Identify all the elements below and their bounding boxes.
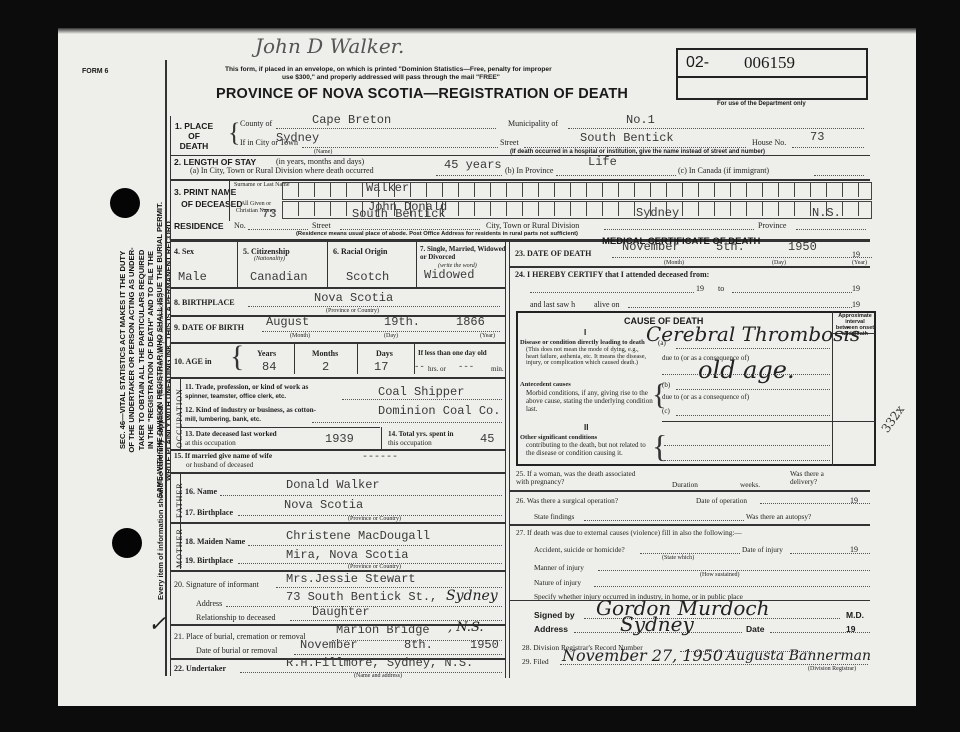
house-label: House No. [752, 138, 786, 147]
citizenship-label: 5. Citizenship [243, 247, 290, 256]
nature-label: Nature of injury [534, 578, 581, 587]
year-caption: (Year) [480, 333, 495, 339]
surname-label: Surname or Last Name [234, 182, 278, 189]
side-footer-text: Every item of information should be care… [156, 404, 165, 600]
undertaker-value[interactable]: R.H.Fillmore, Sydney, N.S. [286, 656, 473, 670]
mailing-notice-2: use $300," and properly addressed will p… [282, 74, 500, 81]
antecedent-label: Antecedent causes [520, 381, 571, 388]
industry-label: 12. Kind of industry or business, as cot… [185, 406, 316, 424]
signature-date-label: Date [746, 624, 764, 634]
year-prefix: 19 [850, 496, 858, 505]
autopsy-label: Was there an autopsy? [746, 512, 811, 521]
trade-label-line2: spinner, teamster, office clerk, etc. [185, 392, 308, 401]
registrar-signature[interactable]: Augusta Bannerman [726, 648, 871, 664]
age-months-value[interactable]: 2 [322, 360, 329, 374]
other-line-1 [664, 445, 830, 446]
residence-province-label: Province [758, 221, 786, 230]
dob-label: 9. DATE OF BIRTH [174, 323, 244, 332]
filed-label: 29. Filed [522, 657, 549, 666]
burial-date-line [294, 654, 502, 655]
cause-c-marker: (c) [662, 407, 670, 415]
divider [170, 449, 505, 451]
age-less-label: If less than one day old [418, 349, 487, 357]
last-worked-line1: 13. Date deceased last worked [185, 430, 277, 439]
racial-origin-label: 6. Racial Origin [333, 247, 387, 256]
trade-line [342, 399, 502, 400]
father-name-line [220, 495, 502, 496]
signature-address-label: Address [534, 624, 568, 634]
side-notice-line: IN THE "REGISTRATION OF DEATH" AND TO FI… [146, 100, 155, 600]
relationship-value[interactable]: Daughter [312, 605, 370, 619]
citizenship-value[interactable]: Canadian [250, 270, 308, 284]
death-month-value[interactable]: November [622, 240, 680, 254]
age-min-value[interactable]: --- [458, 362, 474, 372]
burial-date-year[interactable]: 1950 [470, 638, 499, 652]
stay-province-line [556, 175, 676, 176]
cause-a-value[interactable]: Cerebral Thrombosis [646, 322, 860, 346]
maiden-name-label: 18. Maiden Name [185, 537, 245, 546]
delivery-label: Was there a delivery? [790, 470, 850, 486]
last-worked-label: 13. Date deceased last worked at this oc… [185, 430, 277, 448]
street-label: Street [500, 138, 519, 147]
due-to-label-2: due to (or as a consequence of) [662, 393, 749, 401]
section-divider [170, 239, 870, 242]
father-birthplace-value[interactable]: Nova Scotia [284, 498, 363, 512]
findings-label: State findings [534, 512, 574, 521]
divider [416, 242, 417, 287]
age-hrs-label: hrs. or [428, 365, 446, 373]
residence-no-value[interactable]: 73 [262, 207, 276, 221]
county-label: County of [240, 119, 272, 128]
attended-to-line [732, 292, 852, 293]
trade-label: 11. Trade, profession, or kind of work a… [185, 383, 308, 401]
burial-date-month[interactable]: November [300, 638, 358, 652]
mother-birthplace-value[interactable]: Mira, Nova Scotia [286, 548, 408, 562]
informant-label: 20. Signature of informant [174, 580, 259, 589]
age-years-label: Years [257, 349, 276, 358]
city-value[interactable]: Sydney [276, 131, 319, 145]
informant-address-hand[interactable]: Sydney [446, 588, 498, 604]
stay-province-value[interactable]: Life [588, 155, 617, 169]
divider [510, 524, 870, 526]
residence-city-value[interactable]: Sydney [636, 206, 679, 220]
informant-address-typed[interactable]: 73 South Bentick St., [286, 590, 437, 604]
occupation-section-label: OCCUPATION [175, 388, 184, 448]
registrar-caption: (Division Registrar) [808, 666, 856, 672]
year-prefix: 19 [852, 284, 860, 293]
industry-label-line1: 12. Kind of industry or business, as cot… [185, 406, 316, 415]
mailing-notice-1: This form, if placed in an envelope, on … [225, 66, 552, 73]
state-which-caption: (State which) [662, 555, 694, 561]
father-name-label: 16. Name [185, 487, 217, 496]
residence-province-value[interactable]: N.S. [812, 206, 841, 220]
divider [180, 427, 380, 428]
street-value[interactable]: South Bentick [580, 131, 674, 145]
divider [510, 490, 870, 492]
md-label: M.D. [846, 610, 864, 620]
day-caption: (Day) [384, 333, 398, 339]
divider [170, 377, 505, 379]
burial-date-day[interactable]: 8th. [404, 638, 433, 652]
stay-city-line [436, 175, 502, 176]
length-of-stay-sub: (in years, months and days) [276, 157, 364, 166]
spouse-line2: or husband of deceased [174, 461, 272, 470]
side-notice-line: OF THE UNDERTAKER OR PERSON ACTING AS UN… [127, 100, 136, 600]
form-number: FORM 6 [82, 68, 108, 75]
operation-date-label: Date of operation [696, 496, 747, 505]
industry-label-line2: mill, lumbering, bank, etc. [185, 415, 316, 424]
mother-section-label: MOTHER [175, 528, 184, 568]
pregnancy-label-text: 25. If a woman, was the death associated… [516, 470, 646, 486]
sex-value[interactable]: Male [178, 270, 207, 284]
last-worked-value[interactable]: 1939 [325, 432, 354, 446]
divider [381, 427, 382, 449]
relationship-label: Relationship to deceased [196, 613, 276, 622]
industry-line [312, 422, 502, 423]
surname-value[interactable]: Walker [366, 181, 409, 195]
accident-line [640, 553, 740, 554]
total-years-label: 14. Total yrs. spent in this occupation [388, 430, 454, 448]
divider [357, 344, 358, 374]
dob-line [262, 331, 500, 332]
side-footer: Every item of information should be care… [156, 100, 165, 600]
burial-place-label: 21. Place of burial, cremation or remova… [174, 632, 306, 641]
manner-label: Manner of injury [534, 563, 584, 572]
to-label: to [718, 284, 724, 293]
divider [170, 315, 505, 317]
findings-line [584, 520, 744, 521]
spouse-label: 15. If married give name of wife or husb… [174, 452, 272, 470]
marital-value[interactable]: Widowed [424, 268, 474, 282]
department-note: For use of the Department only [717, 101, 806, 107]
alive-on-line [628, 307, 852, 308]
total-years-line2: this occupation [388, 439, 454, 448]
alive-on-label: alive on [594, 300, 620, 309]
other-conditions-note: contributing to the death, but not relat… [526, 442, 656, 457]
handwritten-name-top: John D Walker. [255, 34, 404, 58]
year-prefix: 19 [696, 284, 704, 293]
house-value[interactable]: 73 [810, 130, 824, 144]
father-section-label: FATHER [175, 482, 184, 518]
part-two-label: II [584, 423, 588, 432]
manner-line [598, 570, 870, 571]
pregnancy-label: 25. If a woman, was the death associated… [516, 470, 646, 486]
city-line [302, 147, 498, 148]
burial-place-hand[interactable]: , N.S. [448, 620, 484, 635]
residence-city-line [604, 229, 754, 230]
residence-province-line [796, 229, 866, 230]
stay-canada-label: (c) In Canada (if immigrant) [678, 166, 769, 175]
birthplace-label: 8. BIRTHPLACE [174, 298, 235, 307]
divider [170, 472, 505, 474]
informant-address-label: Address [196, 599, 222, 608]
house-line [792, 147, 864, 148]
registration-number: 006159 [744, 53, 795, 73]
age-months-label: Months [312, 349, 338, 358]
last-saw-label: and last saw h [530, 300, 575, 309]
stay-city-label: (a) In City, Town or Rural Division wher… [190, 166, 374, 175]
mother-birthplace-label: 19. Birthplace [185, 556, 233, 565]
total-years-line1: 14. Total yrs. spent in [388, 430, 454, 439]
municipality-label: Municipality of [508, 119, 558, 128]
undertaker-label: 22. Undertaker [174, 664, 226, 673]
residence-no-label: No. [234, 221, 246, 230]
center-divider [505, 242, 506, 678]
side-notice-line: TAKER TO OBTAIN ALL THE PARTICULARS REQU… [137, 100, 146, 600]
residence-no-line [248, 229, 308, 230]
year-prefix: 19 [852, 250, 860, 259]
cause-b-value[interactable]: old age. [698, 356, 795, 384]
residence-street-value[interactable]: South Bentick [352, 207, 446, 221]
industry-value[interactable]: Dominion Coal Co. [378, 404, 500, 418]
last-worked-line2: at this occupation [185, 439, 277, 448]
divider [327, 242, 328, 287]
year-prefix: 19 [850, 545, 858, 554]
side-footer-instructions: (See reverse side for instructions.) [156, 293, 165, 396]
dob-month-value[interactable]: August [266, 315, 309, 329]
other-line-2 [664, 460, 830, 461]
divider [170, 287, 505, 289]
age-years-value[interactable]: 84 [262, 360, 276, 374]
burial-date-label: Date of burial or removal [196, 646, 277, 655]
form-left-border-inner [170, 116, 171, 676]
divider [170, 342, 505, 344]
informant-value[interactable]: Mrs.Jessie Stewart [286, 572, 416, 586]
direct-cause-label: Disease or condition directly leading to… [520, 339, 645, 346]
cause-c-line [676, 415, 830, 416]
attended-from-line [530, 292, 694, 293]
birthplace-value[interactable]: Nova Scotia [314, 291, 393, 305]
dob-day-value[interactable]: 19th. [384, 315, 420, 329]
sex-label: 4. Sex [174, 247, 194, 256]
trade-label-line1: 11. Trade, profession, or kind of work a… [185, 383, 308, 392]
divider [229, 181, 230, 221]
signature-address-value[interactable]: Sydney [620, 612, 694, 636]
nature-line [594, 586, 870, 587]
divider [170, 155, 870, 156]
place-of-death-label: 1. PLACEOFDEATH [174, 121, 214, 151]
spouse-value[interactable]: ------ [362, 452, 398, 463]
weeks-label: weeks. [740, 480, 760, 489]
year-prefix: 19 [852, 300, 860, 309]
age-hrs-value[interactable]: -- [414, 362, 425, 372]
external-causes-label: 27. If death was due to external causes … [516, 528, 742, 537]
residence-label: RESIDENCE [174, 221, 224, 231]
divider [662, 421, 876, 422]
father-name-value[interactable]: Donald Walker [286, 478, 380, 492]
center-divider-inner [509, 242, 510, 678]
street-line [524, 147, 746, 148]
stay-city-value[interactable]: 45 years [444, 158, 502, 172]
age-min-label: min. [491, 365, 504, 373]
year-prefix: 19 [846, 624, 855, 634]
municipality-line [568, 128, 864, 129]
citizenship-sub: (Nationality) [254, 256, 285, 262]
death-date-label: 23. DATE OF DEATH [515, 249, 591, 258]
divider [510, 266, 870, 268]
certify-label: 24. I HEREBY CERTIFY that I attended dec… [515, 270, 709, 279]
form-title: PROVINCE OF NOVA SCOTIA—REGISTRATION OF … [216, 86, 628, 102]
municipality-value[interactable]: No.1 [626, 113, 655, 127]
cause-line [662, 374, 830, 375]
marital-label: 7. Single, Married, Widowed or Divorced [420, 245, 506, 261]
residence-street-label: Street [312, 221, 331, 230]
county-line [276, 128, 496, 129]
divider [170, 179, 870, 181]
brace-icon: { [230, 340, 244, 374]
burial-place-typed[interactable]: Marion Bridge [336, 623, 430, 637]
check-mark-icon: ✓ [148, 612, 166, 637]
signed-by-label: Signed by [534, 610, 575, 620]
antecedent-note: Morbid conditions, if any, giving rise t… [526, 389, 656, 413]
form-left-border [165, 60, 167, 676]
registration-prefix: 02- [686, 54, 709, 72]
age-days-label: Days [376, 349, 393, 358]
divider [294, 344, 295, 374]
side-notice-line: SEC. 46—VITAL STATISTICS ACT MAKES IT TH… [118, 100, 127, 600]
birthplace-caption: (Province or Country) [326, 308, 379, 314]
brace-icon: { [228, 118, 240, 148]
cause-b-marker: (b) [662, 381, 670, 389]
divider [237, 242, 238, 287]
injury-date-label: Date of injury [742, 545, 783, 554]
trade-value[interactable]: Coal Shipper [378, 385, 464, 399]
cause-a-line [676, 348, 830, 349]
other-conditions-label: Other significant conditions [520, 434, 597, 441]
undertaker-caption: (Name and address) [354, 673, 402, 679]
divider [170, 522, 505, 524]
residence-street-line [340, 229, 480, 230]
registration-box: 02- 006159 [676, 48, 868, 100]
dob-year-value[interactable]: 1866 [456, 315, 485, 329]
stay-province-label: (b) In Province [505, 166, 553, 175]
county-value[interactable]: Cape Breton [312, 113, 391, 127]
injury-date-line [790, 553, 870, 554]
cause-b-line [676, 389, 830, 390]
residence-note: (Residence means usual place of abode. P… [296, 231, 578, 237]
how-sustained-caption: (How sustained) [700, 572, 740, 578]
father-birthplace-label: 17. Birthplace [185, 508, 233, 517]
duration-label: Duration [672, 480, 698, 489]
death-year-value[interactable]: 1950 [788, 240, 817, 254]
residence-city-label: City, Town or Rural Division [486, 221, 579, 230]
total-years-value[interactable]: 45 [480, 432, 494, 446]
scan-shadow [58, 28, 916, 34]
death-date-line [612, 257, 872, 258]
maiden-name-value[interactable]: Christene MacDougall [286, 529, 430, 543]
spouse-line1: 15. If married give name of wife [174, 452, 272, 461]
filed-date-value[interactable]: November 27, 1950 [562, 646, 723, 665]
accident-label: Accident, suicide or homicide? [534, 545, 625, 554]
racial-origin-value[interactable]: Scotch [346, 270, 389, 284]
surgery-label: 26. Was there a surgical operation? [516, 496, 618, 505]
age-days-value[interactable]: 17 [374, 360, 388, 374]
direct-cause-note: (This does not mean the mode of dying, e… [526, 347, 651, 367]
age-label: 10. AGE in [174, 357, 212, 366]
month-caption: (Month) [290, 333, 310, 339]
maiden-name-line [248, 545, 502, 546]
stay-canada-line [814, 175, 864, 176]
part-one-label: I [584, 328, 586, 337]
birthplace-line [248, 306, 500, 307]
death-day-value[interactable]: 5th. [716, 240, 745, 254]
